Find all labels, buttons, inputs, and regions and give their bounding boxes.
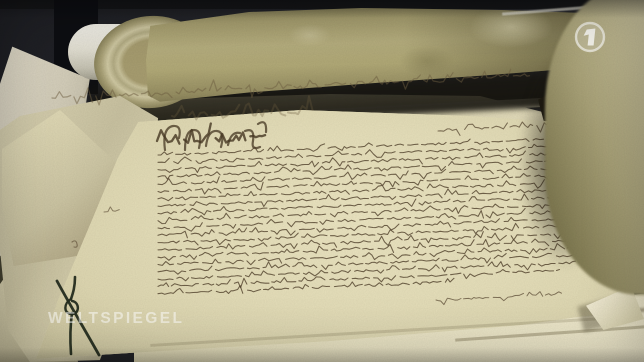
das-erste-ard-logo-icon [571,19,611,59]
tv-still-frame: WELTSPIEGEL [0,0,644,362]
program-watermark: WELTSPIEGEL [48,310,184,328]
film-grain-overlay [0,0,644,362]
grain-rect [0,0,644,362]
